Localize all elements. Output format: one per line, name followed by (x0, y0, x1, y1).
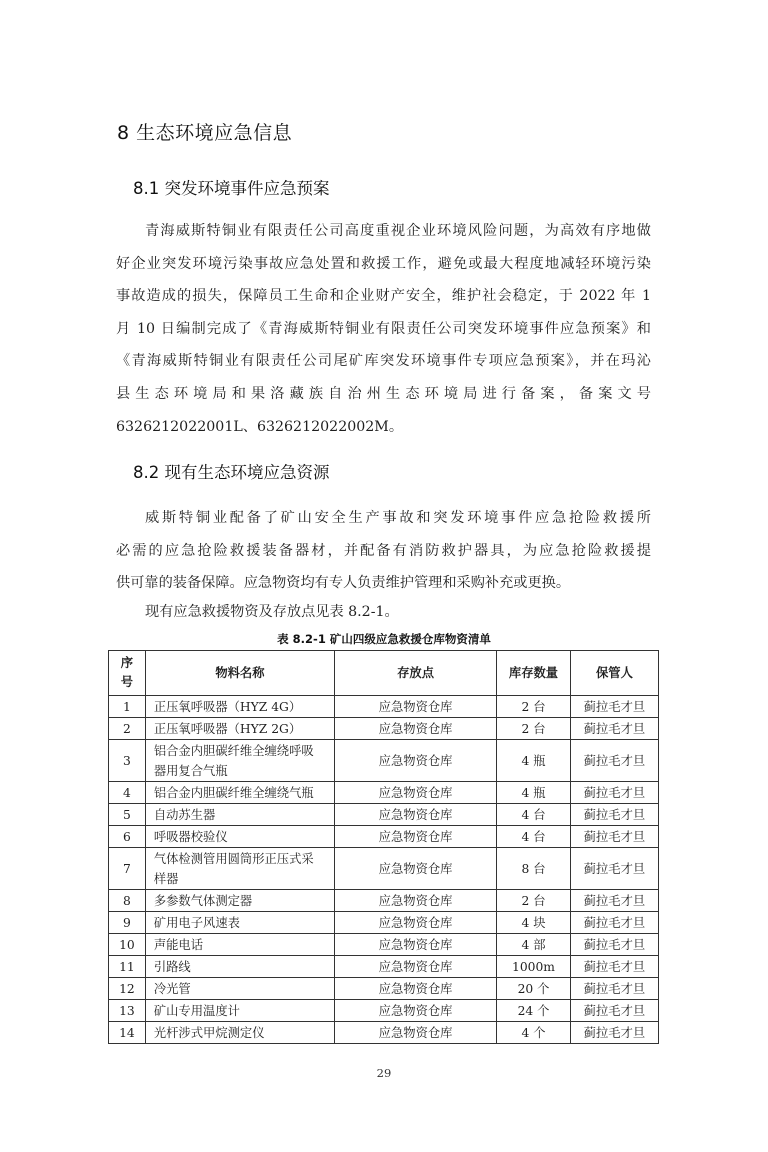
table-header-row: 序号 物料名称 存放点 库存数量 保管人 (109, 651, 659, 696)
cell-location: 应急物资仓库 (335, 912, 497, 934)
text-line: 县生态环境局和果洛藏族自治州生态环境局进行备案，备案文号 (116, 378, 651, 411)
cell-location: 应急物资仓库 (335, 804, 497, 826)
cell-no: 10 (109, 934, 146, 956)
cell-no: 13 (109, 1000, 146, 1022)
cell-location: 应急物资仓库 (335, 1000, 497, 1022)
cell-name: 铝合金内胆碳纤维全缠绕呼吸器用复合气瓶 (145, 740, 334, 782)
cell-location: 应急物资仓库 (335, 740, 497, 782)
table-row: 10 声能电话 应急物资仓库 4 部 蓟拉毛才旦 (109, 934, 659, 956)
table-row: 2 正压氧呼吸器（HYZ 2G） 应急物资仓库 2 台 蓟拉毛才旦 (109, 718, 659, 740)
cell-keeper: 蓟拉毛才旦 (570, 782, 658, 804)
cell-location: 应急物资仓库 (335, 978, 497, 1000)
cell-no: 14 (109, 1022, 146, 1044)
cell-quantity: 4 瓶 (497, 782, 571, 804)
header-quantity: 库存数量 (497, 651, 571, 696)
cell-no: 11 (109, 956, 146, 978)
cell-name: 冷光管 (145, 978, 334, 1000)
cell-location: 应急物资仓库 (335, 782, 497, 804)
cell-keeper: 蓟拉毛才旦 (570, 848, 658, 890)
cell-keeper: 蓟拉毛才旦 (570, 890, 658, 912)
cell-quantity: 4 个 (497, 1022, 571, 1044)
cell-quantity: 8 台 (497, 848, 571, 890)
table-row: 1 正压氧呼吸器（HYZ 4G） 应急物资仓库 2 台 蓟拉毛才旦 (109, 696, 659, 718)
cell-no: 4 (109, 782, 146, 804)
text-line: 供可靠的装备保障。应急物资均有专人负责维护管理和采购补充或更换。 (116, 567, 651, 600)
cell-quantity: 4 台 (497, 804, 571, 826)
cell-keeper: 蓟拉毛才旦 (570, 740, 658, 782)
cell-quantity: 2 台 (497, 718, 571, 740)
cell-quantity: 2 台 (497, 696, 571, 718)
header-name: 物料名称 (145, 651, 334, 696)
cell-quantity: 4 块 (497, 912, 571, 934)
table-row: 4 铝合金内胆碳纤维全缠绕气瓶 应急物资仓库 4 瓶 蓟拉毛才旦 (109, 782, 659, 804)
cell-quantity: 4 瓶 (497, 740, 571, 782)
cell-name: 矿山专用温度计 (145, 1000, 334, 1022)
header-keeper: 保管人 (570, 651, 658, 696)
text-line: 月 10 日编制完成了《青海威斯特铜业有限责任公司突发环境事件应急预案》和 (116, 313, 651, 346)
header-location: 存放点 (335, 651, 497, 696)
cell-location: 应急物资仓库 (335, 956, 497, 978)
header-no: 序号 (109, 651, 146, 696)
table-row: 12 冷光管 应急物资仓库 20 个 蓟拉毛才旦 (109, 978, 659, 1000)
cell-location: 应急物资仓库 (335, 1022, 497, 1044)
cell-no: 3 (109, 740, 146, 782)
cell-name: 气体检测管用圆筒形正压式采样器 (145, 848, 334, 890)
table-row: 6 呼吸器校验仪 应急物资仓库 4 台 蓟拉毛才旦 (109, 826, 659, 848)
text-line: 威斯特铜业配备了矿山安全生产事故和突发环境事件应急抢险救援所 (116, 502, 651, 535)
cell-quantity: 2 台 (497, 890, 571, 912)
cell-keeper: 蓟拉毛才旦 (570, 912, 658, 934)
cell-name: 多参数气体测定器 (145, 890, 334, 912)
document-page: 8 生态环境应急信息 8.1 突发环境事件应急预案 青海威斯特铜业有限责任公司高… (0, 0, 768, 1152)
cell-quantity: 4 部 (497, 934, 571, 956)
text-line: 现有应急救援物资及存放点见表 8.2-1。 (145, 596, 545, 629)
paragraph-emergency-plan: 青海威斯特铜业有限责任公司高度重视企业环境风险问题，为高效有序地做 好企业突发环… (116, 215, 651, 443)
cell-name: 声能电话 (145, 934, 334, 956)
cell-no: 1 (109, 696, 146, 718)
page-number: 29 (0, 1066, 768, 1080)
cell-keeper: 蓟拉毛才旦 (570, 826, 658, 848)
cell-keeper: 蓟拉毛才旦 (570, 978, 658, 1000)
table-row: 8 多参数气体测定器 应急物资仓库 2 台 蓟拉毛才旦 (109, 890, 659, 912)
cell-location: 应急物资仓库 (335, 890, 497, 912)
cell-keeper: 蓟拉毛才旦 (570, 804, 658, 826)
cell-keeper: 蓟拉毛才旦 (570, 1022, 658, 1044)
cell-name: 呼吸器校验仪 (145, 826, 334, 848)
table-row: 7 气体检测管用圆筒形正压式采样器 应急物资仓库 8 台 蓟拉毛才旦 (109, 848, 659, 890)
cell-keeper: 蓟拉毛才旦 (570, 696, 658, 718)
paragraph-emergency-resources: 威斯特铜业配备了矿山安全生产事故和突发环境事件应急抢险救援所 必需的应急抢险救援… (116, 502, 651, 600)
cell-location: 应急物资仓库 (335, 826, 497, 848)
cell-no: 8 (109, 890, 146, 912)
subsection-heading-8-2: 8.2 现有生态环境应急资源 (133, 459, 330, 483)
text-line: 6326212022001L、6326212022002M。 (116, 411, 651, 444)
table-row: 9 矿用电子风速表 应急物资仓库 4 块 蓟拉毛才旦 (109, 912, 659, 934)
table-caption: 表 8.2-1 矿山四级应急救援仓库物资清单 (0, 631, 768, 647)
section-heading: 8 生态环境应急信息 (117, 118, 292, 145)
cell-location: 应急物资仓库 (335, 934, 497, 956)
cell-no: 2 (109, 718, 146, 740)
text-line: 必需的应急抢险救援装备器材，并配备有消防救护器具，为应急抢险救援提 (116, 535, 651, 568)
cell-name: 光杆涉式甲烷测定仪 (145, 1022, 334, 1044)
cell-keeper: 蓟拉毛才旦 (570, 718, 658, 740)
cell-name: 正压氧呼吸器（HYZ 2G） (145, 718, 334, 740)
cell-no: 5 (109, 804, 146, 826)
inventory-table: 序号 物料名称 存放点 库存数量 保管人 1 正压氧呼吸器（HYZ 4G） 应急… (108, 650, 659, 1044)
table-row: 11 引路线 应急物资仓库 1000m 蓟拉毛才旦 (109, 956, 659, 978)
text-line: 好企业突发环境污染事故应急处置和救援工作，避免或最大程度地减轻环境污染 (116, 248, 651, 281)
text-line: 青海威斯特铜业有限责任公司高度重视企业环境风险问题，为高效有序地做 (116, 215, 651, 248)
cell-keeper: 蓟拉毛才旦 (570, 934, 658, 956)
subsection-heading-8-1: 8.1 突发环境事件应急预案 (133, 175, 330, 199)
cell-name: 铝合金内胆碳纤维全缠绕气瓶 (145, 782, 334, 804)
cell-no: 6 (109, 826, 146, 848)
table-row: 13 矿山专用温度计 应急物资仓库 24 个 蓟拉毛才旦 (109, 1000, 659, 1022)
table-row: 3 铝合金内胆碳纤维全缠绕呼吸器用复合气瓶 应急物资仓库 4 瓶 蓟拉毛才旦 (109, 740, 659, 782)
cell-name: 正压氧呼吸器（HYZ 4G） (145, 696, 334, 718)
cell-keeper: 蓟拉毛才旦 (570, 956, 658, 978)
cell-no: 7 (109, 848, 146, 890)
text-line: 事故造成的损失，保障员工生命和企业财产安全，维护社会稳定，于 2022 年 1 (116, 280, 651, 313)
cell-location: 应急物资仓库 (335, 718, 497, 740)
cell-name: 自动苏生器 (145, 804, 334, 826)
cell-location: 应急物资仓库 (335, 696, 497, 718)
cell-quantity: 24 个 (497, 1000, 571, 1022)
text-line: 《青海威斯特铜业有限责任公司尾矿库突发环境事件专项应急预案》，并在玛沁 (116, 345, 651, 378)
cell-quantity: 20 个 (497, 978, 571, 1000)
table-row: 5 自动苏生器 应急物资仓库 4 台 蓟拉毛才旦 (109, 804, 659, 826)
cell-location: 应急物资仓库 (335, 848, 497, 890)
table-row: 14 光杆涉式甲烷测定仪 应急物资仓库 4 个 蓟拉毛才旦 (109, 1022, 659, 1044)
cell-no: 9 (109, 912, 146, 934)
cell-keeper: 蓟拉毛才旦 (570, 1000, 658, 1022)
cell-name: 矿用电子风速表 (145, 912, 334, 934)
cell-name: 引路线 (145, 956, 334, 978)
cell-quantity: 4 台 (497, 826, 571, 848)
cell-quantity: 1000m (497, 956, 571, 978)
table-reference-line: 现有应急救援物资及存放点见表 8.2-1。 (145, 596, 545, 629)
cell-no: 12 (109, 978, 146, 1000)
